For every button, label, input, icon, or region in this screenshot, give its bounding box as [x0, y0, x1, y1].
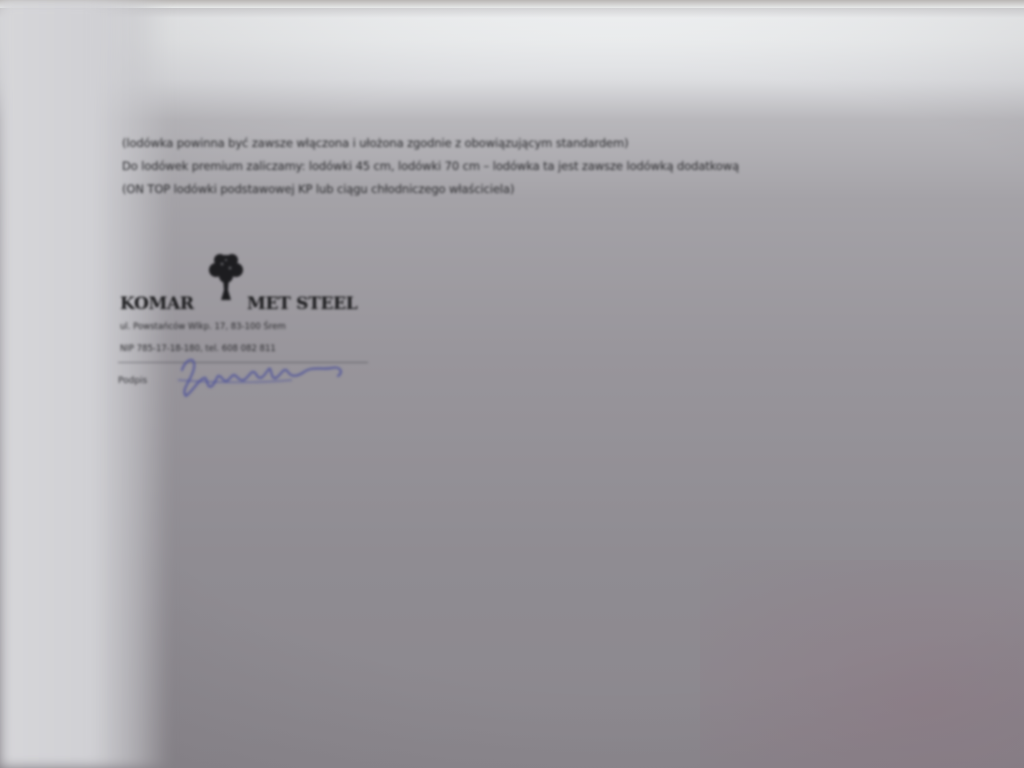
shadow-tint: [700, 560, 1024, 768]
document-line: Do lodówek premium zaliczamy: lodówki 45…: [122, 155, 1002, 178]
handwritten-signature: [172, 350, 352, 405]
company-name-part2: MET STEEL: [247, 294, 357, 314]
document-line: (lodówka powinna być zawsze włączona i u…: [122, 132, 1002, 155]
company-name-part1: KOMAR: [120, 294, 194, 314]
document-body: (lodówka powinna być zawsze włączona i u…: [122, 132, 1002, 201]
company-name: KOMAR MET STEEL: [120, 294, 380, 314]
signature-label: Podpis: [118, 376, 147, 386]
company-address: ul. Powstańców Wlkp. 17, 83-100 Śrem: [120, 322, 286, 332]
document-line: (ON TOP lodówki podstawowej KP lub ciągu…: [122, 178, 1002, 201]
company-stamp: KOMAR MET STEEL ul. Powstańców Wlkp. 17,…: [118, 252, 378, 402]
